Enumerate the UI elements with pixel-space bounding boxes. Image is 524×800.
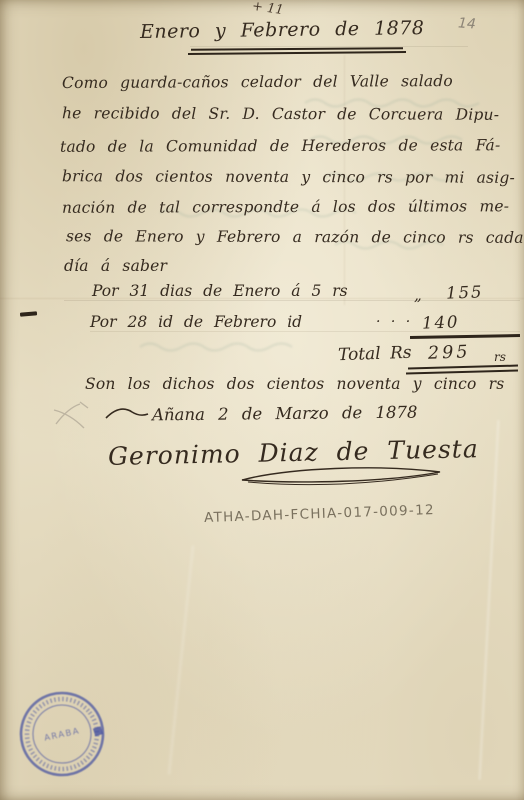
paper-crease <box>479 420 500 780</box>
body-line: Como guarda-caños celador del Valle sala… <box>62 72 453 92</box>
sum-in-words: Son los dichos dos cientos noventa y cin… <box>85 375 504 393</box>
page-number: 14 <box>457 15 476 32</box>
archive-code: ATHA-DAH-FCHIA-017-009-12 <box>204 502 435 526</box>
title-underline-2 <box>188 51 406 55</box>
archive-stamp: ARABA <box>10 682 114 786</box>
dateline-flourish <box>104 402 150 424</box>
signature: Geronimo Diaz de Tuesta <box>108 434 479 471</box>
account-row-value: 140 <box>422 312 460 332</box>
body-line: tado de la Comunidad de Herederos de est… <box>60 136 500 156</box>
total-value: 295 <box>428 342 471 363</box>
account-row-label: Por 31 dias de Enero á 5 rs <box>92 282 348 300</box>
paper-crease <box>168 546 194 775</box>
body-line: brica dos cientos noventa y cinco rs por… <box>62 167 515 187</box>
pencil-scribble <box>50 396 98 434</box>
title-underline-1 <box>191 47 403 50</box>
body-line: nación de tal correspondte á los dos últ… <box>62 197 509 217</box>
stamp-center-text: ARABA <box>43 726 81 743</box>
body-line: ses de Enero y Febrero a razón de cinco … <box>66 227 524 247</box>
margin-dash <box>20 311 37 316</box>
top-ink-mark: + 11 <box>251 0 284 18</box>
total-label: Total Rs <box>338 343 412 366</box>
body-line: he recibido del Sr. D. Castor de Corcuer… <box>62 104 499 124</box>
document-title: Enero y Febrero de 1878 <box>140 17 425 43</box>
subtotal-underline <box>410 334 520 339</box>
dateline: Añana 2 de Marzo de 1878 <box>152 403 418 425</box>
body-line: día á saber <box>64 257 167 275</box>
account-row-value: 155 <box>446 282 484 302</box>
total-suffix: rs <box>494 350 506 364</box>
account-row-leader: · · · <box>376 314 413 330</box>
account-row-leader: „ <box>414 286 422 304</box>
account-row-label: Por 28 id de Febrero id <box>90 313 302 331</box>
manuscript-page: + 11 14 Enero y Febrero de 1878 Como gua… <box>0 0 524 800</box>
total-underline-2 <box>406 370 518 375</box>
signature-flourish <box>238 464 448 490</box>
